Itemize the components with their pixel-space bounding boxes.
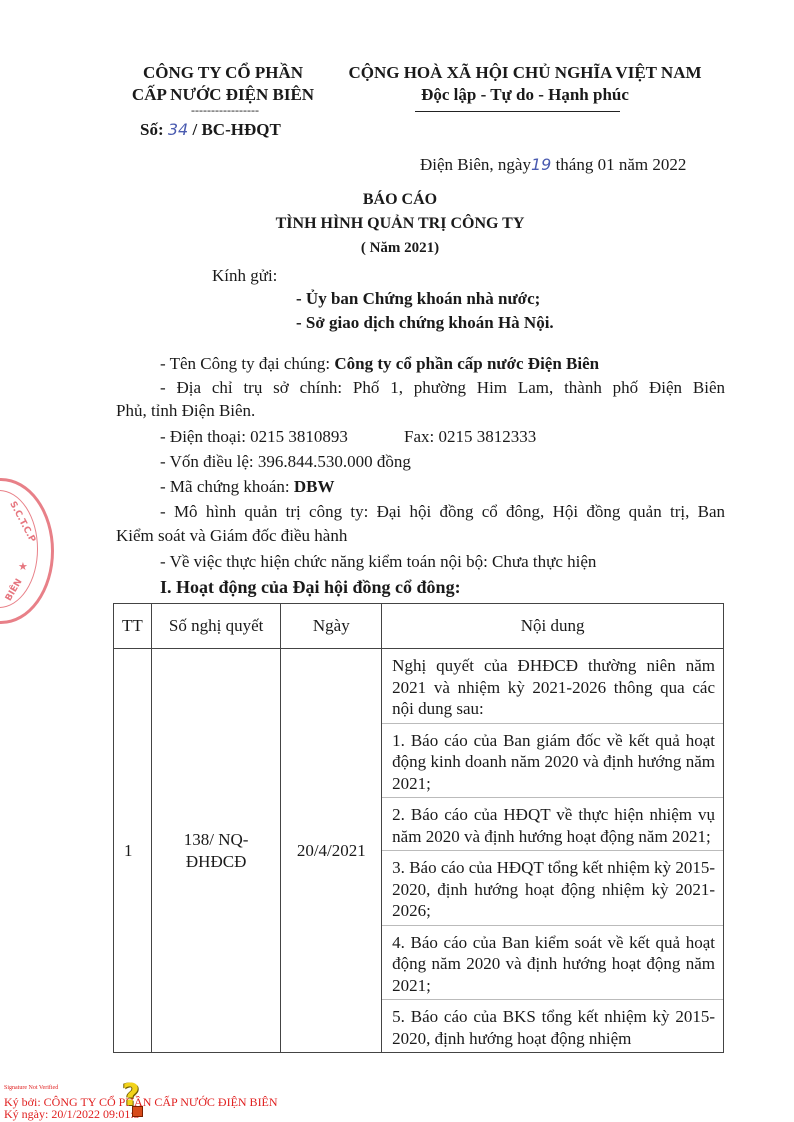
stock-code: - Mã chứng khoán: DBW (160, 476, 334, 498)
company-name-line1: CÔNG TY CỔ PHẦN (118, 62, 328, 84)
row-tt: 1 (114, 649, 152, 1053)
column-header-content: Nội dung (382, 604, 724, 649)
recipient-2: - Sở giao dịch chứng khoán Hà Nội. (296, 312, 554, 334)
national-header: CỘNG HOÀ XÃ HỘI CHỦ NGHĨA VIỆT NAM Độc l… (340, 62, 710, 106)
company-name-info: - Tên Công ty đại chúng: Công ty cổ phần… (160, 353, 599, 375)
signature-warning-badge-icon (132, 1106, 143, 1117)
stock-code-value: DBW (294, 477, 335, 496)
shareholder-resolutions-table: TT Số nghị quyết Ngày Nội dung 1 138/ NQ… (113, 603, 724, 1053)
column-header-tt: TT (114, 604, 152, 649)
resolution-no-text: 138/ NQ-ĐHĐCĐ (176, 829, 256, 872)
stock-code-label: - Mã chứng khoán: (160, 477, 294, 496)
date-prefix: Điện Biên, ngày (420, 155, 531, 174)
content-item-3: 3. Báo cáo của HĐQT tổng kết nhiệm kỳ 20… (382, 851, 723, 926)
report-title-year: ( Năm 2021) (150, 236, 650, 260)
content-item-5: 5. Báo cáo của BKS tổng kết nhiệm kỳ 201… (382, 1000, 723, 1052)
content-intro: Nghị quyết của ĐHĐCĐ thường niên năm 202… (382, 649, 723, 724)
charter-capital: - Vốn điều lệ: 396.844.530.000 đồng (160, 451, 411, 473)
content-item-1: 1. Báo cáo của Ban giám đốc về kết quả h… (382, 724, 723, 799)
company-separator: ----------------- (170, 103, 280, 118)
fax-number: Fax: 0215 3812333 (404, 426, 536, 448)
motto-underline (415, 111, 620, 112)
country-name: CỘNG HOÀ XÃ HỘI CHỦ NGHĨA VIỆT NAM (340, 62, 710, 84)
table-header-row: TT Số nghị quyết Ngày Nội dung (114, 604, 724, 649)
internal-audit-status: - Về việc thực hiện chức năng kiểm toán … (160, 551, 596, 573)
report-title-line1: BÁO CÁO (150, 188, 650, 212)
stamp-star-icon: ★ (18, 560, 28, 573)
document-number: Số: 34 / BC-HĐQT (140, 120, 281, 140)
row-date: 20/4/2021 (281, 649, 382, 1053)
signature-status: Signature Not Verified (4, 1085, 58, 1091)
document-date: Điện Biên, ngày19 tháng 01 năm 2022 (420, 155, 686, 175)
address-line1: - Địa chỉ trụ sở chính: Phố 1, phường Hi… (160, 377, 725, 399)
document-number-label: Số: (140, 120, 164, 139)
report-title: BÁO CÁO TÌNH HÌNH QUẢN TRỊ CÔNG TY ( Năm… (150, 188, 650, 260)
row-resolution-no: 138/ NQ-ĐHĐCĐ (151, 649, 281, 1053)
address-line2: Phủ, tỉnh Điện Biên. (116, 400, 255, 422)
document-number-handwritten: 34 (168, 120, 188, 139)
row-content: Nghị quyết của ĐHĐCĐ thường niên năm 202… (382, 649, 724, 1053)
date-day-handwritten: 19 (531, 155, 551, 174)
content-item-4: 4. Báo cáo của Ban kiểm soát về kết quả … (382, 926, 723, 1001)
phone-number: - Điện thoại: 0215 3810893 (160, 426, 348, 448)
company-name-block: CÔNG TY CỔ PHẦN CẤP NƯỚC ĐIỆN BIÊN (118, 62, 328, 106)
report-title-line2: TÌNH HÌNH QUẢN TRỊ CÔNG TY (150, 212, 650, 236)
content-item-2: 2. Báo cáo của HĐQT về thực hiện nhiệm v… (382, 798, 723, 851)
column-header-date: Ngày (281, 604, 382, 649)
table-row: 1 138/ NQ-ĐHĐCĐ 20/4/2021 Nghị quyết của… (114, 649, 724, 1053)
document-number-suffix: / BC-HĐQT (192, 120, 280, 139)
company-name-value: Công ty cổ phần cấp nước Điện Biên (334, 354, 599, 373)
company-name-label: - Tên Công ty đại chúng: (160, 354, 334, 373)
governance-model-line1: - Mô hình quản trị công ty: Đại hội đồng… (160, 501, 725, 523)
national-motto: Độc lập - Tự do - Hạnh phúc (340, 84, 710, 106)
date-suffix: tháng 01 năm 2022 (556, 155, 687, 174)
column-header-resolution-no: Số nghị quyết (151, 604, 281, 649)
recipients-label: Kính gửi: (212, 265, 277, 287)
governance-model-line2: Kiểm soát và Giám đốc điều hành (116, 525, 347, 547)
section-1-heading: I. Hoạt động của Đại hội đồng cổ đông: (160, 576, 461, 598)
recipient-1: - Ủy ban Chứng khoán nhà nước; (296, 288, 540, 310)
